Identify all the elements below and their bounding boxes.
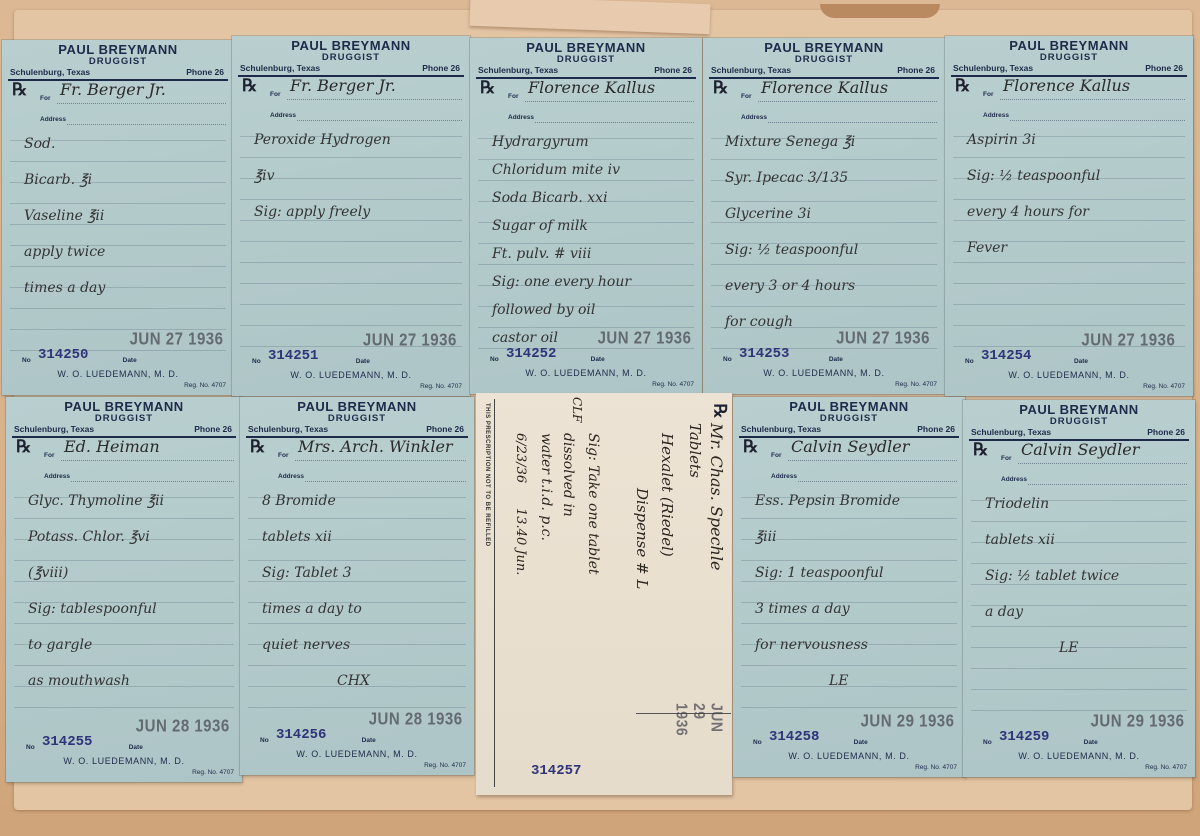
pharmacy-phone: Phone 26 (897, 65, 935, 75)
torn-paper-edge (820, 4, 940, 18)
for-label: For (741, 93, 751, 100)
prescription-line: Potass. Chlor. ℥vi (28, 529, 150, 545)
rx-symbol: ℞ (713, 78, 728, 98)
pharmacy-phone: Phone 26 (422, 63, 460, 73)
address-line (535, 122, 694, 123)
pharmacy-title: DRUGGIST (240, 413, 474, 424)
ruled-line (14, 560, 234, 561)
rx-symbol: ℞ (955, 76, 970, 96)
prescription-number: 314253 (739, 346, 789, 362)
prescription-line: tablets xii (262, 529, 332, 545)
ruled-line (741, 581, 957, 582)
number-label: No (983, 739, 992, 746)
patient-name: Florence Kallus (761, 78, 888, 97)
pharmacy-city: Schulenburg, Texas (971, 427, 1051, 437)
ruled-line (953, 157, 1185, 158)
patient-name: Calvin Seydler (1021, 440, 1139, 459)
ruled-line (711, 222, 937, 223)
doctor-name: W. O. LUEDEMANN, M. D. (703, 368, 945, 378)
ruled-line (248, 665, 466, 666)
for-line (57, 103, 226, 104)
ruled-line (10, 203, 226, 204)
address-line (1028, 484, 1187, 485)
date-label: Date (854, 739, 868, 746)
prescription-line: Sig: one every hour (492, 274, 631, 290)
rx-symbol: ℞ (12, 80, 27, 100)
patient-name: Mrs. Arch. Winkler (298, 437, 453, 456)
ruled-line (711, 264, 937, 265)
ruled-line (240, 241, 462, 242)
date-stamp: JUN 27 1936 (363, 331, 457, 351)
prescription-number: 314250 (38, 347, 88, 363)
prescription-line: Sig: 1 teaspoonful (755, 565, 884, 581)
prescription-line: Sig: apply freely (254, 204, 370, 220)
prescription-slip-314255[interactable]: PAUL BREYMANNDRUGGISTSchulenburg, TexasP… (6, 397, 242, 782)
prescription-line: 3 times a day (755, 601, 850, 617)
pharmacy-title: DRUGGIST (2, 56, 234, 67)
ruled-line (971, 668, 1187, 669)
prescription-line: to gargle (28, 637, 92, 653)
number-label: No (22, 357, 31, 364)
ruled-line (953, 220, 1185, 221)
for-line (758, 101, 937, 102)
ruled-line (741, 518, 957, 519)
date-stamp: JUN 29 1936 (1091, 712, 1185, 732)
pharmacy-title: DRUGGIST (733, 413, 965, 424)
refill-notice: THIS PRESCRIPTION NOT TO BE REFILLED (484, 403, 490, 547)
doctor-name: W. O. LUEDEMANN, M. D. (945, 370, 1193, 380)
prescription-line: every 4 hours for (967, 204, 1089, 220)
prescription-line: a day (985, 604, 1023, 620)
patient-name: Florence Kallus (1003, 76, 1130, 95)
prescription-line: ℥iii (755, 529, 777, 545)
rx-symbol: ℞ (480, 78, 495, 98)
pharmacy-title: DRUGGIST (470, 54, 702, 65)
ruled-line (478, 243, 694, 244)
pharmacy-name: PAUL BREYMANN (703, 40, 945, 55)
pharmacy-name: PAUL BREYMANN (6, 399, 242, 414)
for-line (1018, 463, 1187, 464)
ruled-line (478, 180, 694, 181)
prescription-line: for nervousness (755, 637, 868, 653)
address-label: Address (983, 112, 1009, 119)
pharmacy-city: Schulenburg, Texas (953, 63, 1033, 73)
prescription-line: LE (829, 673, 849, 689)
for-label: For (40, 95, 50, 102)
ruled-line (953, 325, 1185, 326)
rx-symbol: ℞ (973, 440, 988, 460)
date-stamp: JUN 28 1936 (136, 717, 230, 737)
ruled-line (741, 686, 957, 687)
prescription-line: Ess. Pepsin Bromide (755, 493, 900, 509)
prescription-line: as mouthwash (28, 673, 130, 689)
for-label: For (771, 452, 781, 459)
pharmacy-title: DRUGGIST (963, 416, 1195, 427)
handwritten-line: 6/23/36 (513, 433, 528, 483)
prescription-line: Glyc. Thymoline ℥ii (28, 493, 164, 509)
ruled-line (711, 306, 937, 307)
ruled-line (478, 159, 694, 160)
address-line (1010, 120, 1185, 121)
prescription-line: ℥iv (254, 168, 274, 184)
address-line (798, 481, 957, 482)
rx-symbol: ℞ (16, 437, 31, 457)
date-label: Date (591, 356, 605, 363)
for-label: For (278, 452, 288, 459)
prescription-number: 314254 (981, 348, 1031, 364)
prescription-line: followed by oil (492, 302, 595, 318)
prescription-line: for cough (725, 314, 793, 330)
prescription-line: CHX (337, 673, 370, 689)
pharmacy-phone: Phone 26 (654, 65, 692, 75)
address-label: Address (771, 473, 797, 480)
prescription-slip-314257[interactable]: THIS PRESCRIPTION NOT TO BE REFILLED℞Mr.… (476, 393, 732, 795)
ruled-line (971, 584, 1187, 585)
ruled-line (14, 623, 234, 624)
pharmacy-phone: Phone 26 (917, 424, 955, 434)
number-label: No (723, 356, 732, 363)
prescription-line: times a day (24, 280, 105, 296)
ruled-line (14, 581, 234, 582)
handwritten-line: Sig: Take one tablet (585, 433, 601, 575)
ruled-line (711, 201, 937, 202)
prescription-number: 314255 (42, 734, 92, 750)
prescription-line: Soda Bicarb. xxi (492, 190, 608, 206)
date-stamp: JUN 27 1936 (836, 329, 930, 349)
patient-name: Fr. Berger Jr. (60, 80, 166, 99)
pharmacy-name: PAUL BREYMANN (963, 402, 1195, 417)
pharmacy-name: PAUL BREYMANN (2, 42, 234, 57)
doctor-name: W. O. LUEDEMANN, M. D. (733, 751, 965, 761)
ruled-line (953, 199, 1185, 200)
prescription-number: 314251 (268, 348, 318, 364)
pharmacy-city: Schulenburg, Texas (741, 424, 821, 434)
number-label: No (26, 744, 35, 751)
registration-number: Reg. No. 4707 (1145, 764, 1187, 771)
pharmacy-city: Schulenburg, Texas (711, 65, 791, 75)
rx-symbol: ℞ (710, 403, 730, 418)
prescription-line: Triodelin (985, 496, 1049, 512)
prescription-line: Sod. (24, 136, 55, 152)
for-label: For (508, 93, 518, 100)
number-label: No (753, 739, 762, 746)
prescription-line: times a day to (262, 601, 362, 617)
patient-name: Fr. Berger Jr. (290, 76, 396, 95)
date-label: Date (129, 744, 143, 751)
address-label: Address (270, 112, 296, 119)
doctor-name: W. O. LUEDEMANN, M. D. (232, 370, 470, 380)
ruled-line (711, 159, 937, 160)
pharmacy-name: PAUL BREYMANN (945, 38, 1193, 53)
address-label: Address (44, 473, 70, 480)
date-label: Date (123, 357, 137, 364)
ruled-line (240, 304, 462, 305)
date-stamp: JUN 27 1936 (1081, 331, 1175, 351)
handwritten-line: Hexalet (Riedel) (658, 433, 676, 557)
ruled-line (240, 157, 462, 158)
prescription-slip-314251[interactable]: PAUL BREYMANNDRUGGISTSchulenburg, TexasP… (232, 36, 470, 396)
prescription-line: Sig: ½ teaspoonful (967, 168, 1100, 184)
ruled-line (971, 521, 1187, 522)
for-label: For (44, 452, 54, 459)
pharmacy-phone: Phone 26 (1145, 63, 1183, 73)
prescription-line: Sig: ½ teaspoonful (725, 242, 858, 258)
date-label: Date (362, 737, 376, 744)
for-line (1000, 99, 1185, 100)
date-label: Date (1074, 358, 1088, 365)
prescription-line: Peroxide Hydrogen (254, 132, 391, 148)
doctor-name: W. O. LUEDEMANN, M. D. (963, 751, 1195, 761)
registration-number: Reg. No. 4707 (915, 764, 957, 771)
ruled-line (248, 623, 466, 624)
number-label: No (490, 356, 499, 363)
address-label: Address (1001, 476, 1027, 483)
prescription-line: Glycerine 3i (725, 206, 811, 222)
prescription-line: Sig: Tablet 3 (262, 565, 352, 581)
ruled-line (953, 262, 1185, 263)
prescription-number: 314257 (531, 763, 581, 779)
ruled-line (478, 264, 694, 265)
prescription-slip-314258[interactable]: PAUL BREYMANNDRUGGISTSchulenburg, TexasP… (733, 397, 965, 777)
ruled-line (971, 563, 1187, 564)
for-line (61, 460, 234, 461)
ruled-line (14, 518, 234, 519)
address-label: Address (40, 116, 66, 123)
for-line (295, 460, 466, 461)
prescription-line: Fever (967, 240, 1007, 256)
registration-number: Reg. No. 4707 (895, 381, 937, 388)
ruled-line (240, 220, 462, 221)
prescription-slip-314252[interactable]: PAUL BREYMANNDRUGGISTSchulenburg, TexasP… (470, 38, 702, 394)
rx-symbol: ℞ (242, 76, 257, 96)
pharmacy-name: PAUL BREYMANN (470, 40, 702, 55)
prescription-slip-314259[interactable]: PAUL BREYMANNDRUGGISTSchulenburg, TexasP… (963, 400, 1195, 777)
pharmacy-phone: Phone 26 (426, 424, 464, 434)
prescription-line: Syr. Ipecac 3/135 (725, 170, 848, 186)
pharmacy-title: DRUGGIST (945, 52, 1193, 63)
prescription-line: Bicarb. ℥i (24, 172, 92, 188)
prescription-slip-314250[interactable]: PAUL BREYMANNDRUGGISTSchulenburg, TexasP… (2, 40, 234, 395)
registration-number: Reg. No. 4707 (184, 382, 226, 389)
for-label: For (270, 91, 280, 98)
ruled-line (953, 283, 1185, 284)
ruled-line (971, 647, 1187, 648)
date-stamp: JUN 29 1936 (861, 712, 955, 732)
pharmacy-name: PAUL BREYMANN (232, 38, 470, 53)
prescription-line: Chloridum mite iv (492, 162, 620, 178)
border-rule (494, 399, 495, 787)
address-line (71, 481, 234, 482)
ruled-line (741, 560, 957, 561)
prescription-line: Sig: ½ tablet twice (985, 568, 1119, 584)
for-label: For (983, 91, 993, 98)
prescription-line: Sugar of milk (492, 218, 588, 234)
doctor-name: W. O. LUEDEMANN, M. D. (240, 749, 474, 759)
ruled-line (741, 707, 957, 708)
date-stamp: JUN 29 1936 (673, 703, 726, 736)
ruled-line (10, 224, 226, 225)
handwritten-line: dissolved in (560, 433, 576, 517)
for-line (525, 101, 694, 102)
address-line (305, 481, 466, 482)
pharmacy-city: Schulenburg, Texas (248, 424, 328, 434)
pharmacy-phone: Phone 26 (194, 424, 232, 434)
prescription-line: apply twice (24, 244, 105, 260)
ruled-line (248, 581, 466, 582)
doctor-name: W. O. LUEDEMANN, M. D. (6, 756, 242, 766)
for-label: For (1001, 455, 1011, 462)
ruled-line (240, 325, 462, 326)
ruled-line (971, 689, 1187, 690)
prescription-line: Ft. pulv. # viii (492, 246, 591, 262)
prescription-number: 314259 (999, 729, 1049, 745)
ruled-line (10, 308, 226, 309)
handwritten-line: 13.40 Jun. (513, 508, 528, 575)
prescription-number: 314256 (276, 727, 326, 743)
patient-name: Calvin Seydler (791, 437, 909, 456)
number-label: No (965, 358, 974, 365)
address-label: Address (508, 114, 534, 121)
registration-number: Reg. No. 4707 (192, 769, 234, 776)
ruled-line (248, 560, 466, 561)
date-label: Date (829, 356, 843, 363)
ruled-line (14, 707, 234, 708)
registration-number: Reg. No. 4707 (652, 381, 694, 388)
prescription-slip-314253[interactable]: PAUL BREYMANNDRUGGISTSchulenburg, TexasP… (703, 38, 945, 394)
registration-number: Reg. No. 4707 (420, 383, 462, 390)
prescription-line: Sig: tablespoonful (28, 601, 157, 617)
handwritten-line: Tablets (686, 423, 704, 478)
prescription-line: castor oil (492, 330, 558, 346)
pharmacy-name: PAUL BREYMANN (240, 399, 474, 414)
prescription-slip-314256[interactable]: PAUL BREYMANNDRUGGISTSchulenburg, TexasP… (240, 397, 474, 775)
pharmacy-city: Schulenburg, Texas (14, 424, 94, 434)
ruled-line (10, 266, 226, 267)
prescription-line: Vaseline ℥ii (24, 208, 104, 224)
ruled-line (240, 262, 462, 263)
ruled-line (10, 161, 226, 162)
handwritten-line: CLF (570, 397, 584, 422)
rx-symbol: ℞ (250, 437, 265, 457)
ruled-line (248, 707, 466, 708)
prescription-line: quiet nerves (262, 637, 350, 653)
address-line (67, 124, 226, 125)
for-line (287, 99, 462, 100)
ruled-line (741, 665, 957, 666)
address-label: Address (741, 114, 767, 121)
address-line (297, 120, 462, 121)
pharmacy-city: Schulenburg, Texas (10, 67, 90, 77)
prescription-number: 314258 (769, 729, 819, 745)
ruled-line (971, 626, 1187, 627)
address-line (768, 122, 937, 123)
pharmacy-city: Schulenburg, Texas (478, 65, 558, 75)
prescription-line: (℥viii) (28, 565, 68, 581)
date-stamp: JUN 27 1936 (598, 329, 692, 349)
registration-number: Reg. No. 4707 (424, 762, 466, 769)
ruled-line (953, 304, 1185, 305)
address-label: Address (278, 473, 304, 480)
number-label: No (260, 737, 269, 744)
prescription-number: 314252 (506, 346, 556, 362)
patient-name: Ed. Heiman (64, 437, 160, 456)
prescription-line: Aspirin 3i (967, 132, 1036, 148)
ruled-line (14, 665, 234, 666)
number-label: No (252, 358, 261, 365)
pharmacy-name: PAUL BREYMANN (733, 399, 965, 414)
handwritten-line: water t.i.d. p.c. (538, 433, 554, 541)
prescription-slip-314254[interactable]: PAUL BREYMANNDRUGGISTSchulenburg, TexasP… (945, 36, 1193, 396)
ruled-line (248, 518, 466, 519)
for-line (788, 460, 957, 461)
date-label: Date (1084, 739, 1098, 746)
prescription-line: Mixture Senega ℥i (725, 134, 855, 150)
pharmacy-title: DRUGGIST (703, 54, 945, 65)
ruled-line (240, 199, 462, 200)
prescription-line: 8 Bromide (262, 493, 336, 509)
rx-symbol: ℞ (743, 437, 758, 457)
date-stamp: JUN 28 1936 (369, 710, 463, 730)
handwritten-line: Mr. Chas. Spechle (707, 423, 726, 570)
pharmacy-title: DRUGGIST (6, 413, 242, 424)
pharmacy-phone: Phone 26 (186, 67, 224, 77)
prescription-line: Hydrargyrum (492, 134, 589, 150)
doctor-name: W. O. LUEDEMANN, M. D. (2, 369, 234, 379)
doctor-name: W. O. LUEDEMANN, M. D. (470, 368, 702, 378)
handwritten-line: Dispense # L (633, 488, 651, 589)
prescription-line: LE (1059, 640, 1079, 656)
date-label: Date (356, 358, 370, 365)
registration-number: Reg. No. 4707 (1143, 383, 1185, 390)
date-stamp: JUN 27 1936 (130, 330, 224, 350)
pharmacy-city: Schulenburg, Texas (240, 63, 320, 73)
pharmacy-phone: Phone 26 (1147, 427, 1185, 437)
prescription-line: every 3 or 4 hours (725, 278, 855, 294)
ruled-line (240, 283, 462, 284)
patient-name: Florence Kallus (528, 78, 655, 97)
prescription-line: tablets xii (985, 532, 1055, 548)
pharmacy-title: DRUGGIST (232, 52, 470, 63)
ruled-line (741, 623, 957, 624)
